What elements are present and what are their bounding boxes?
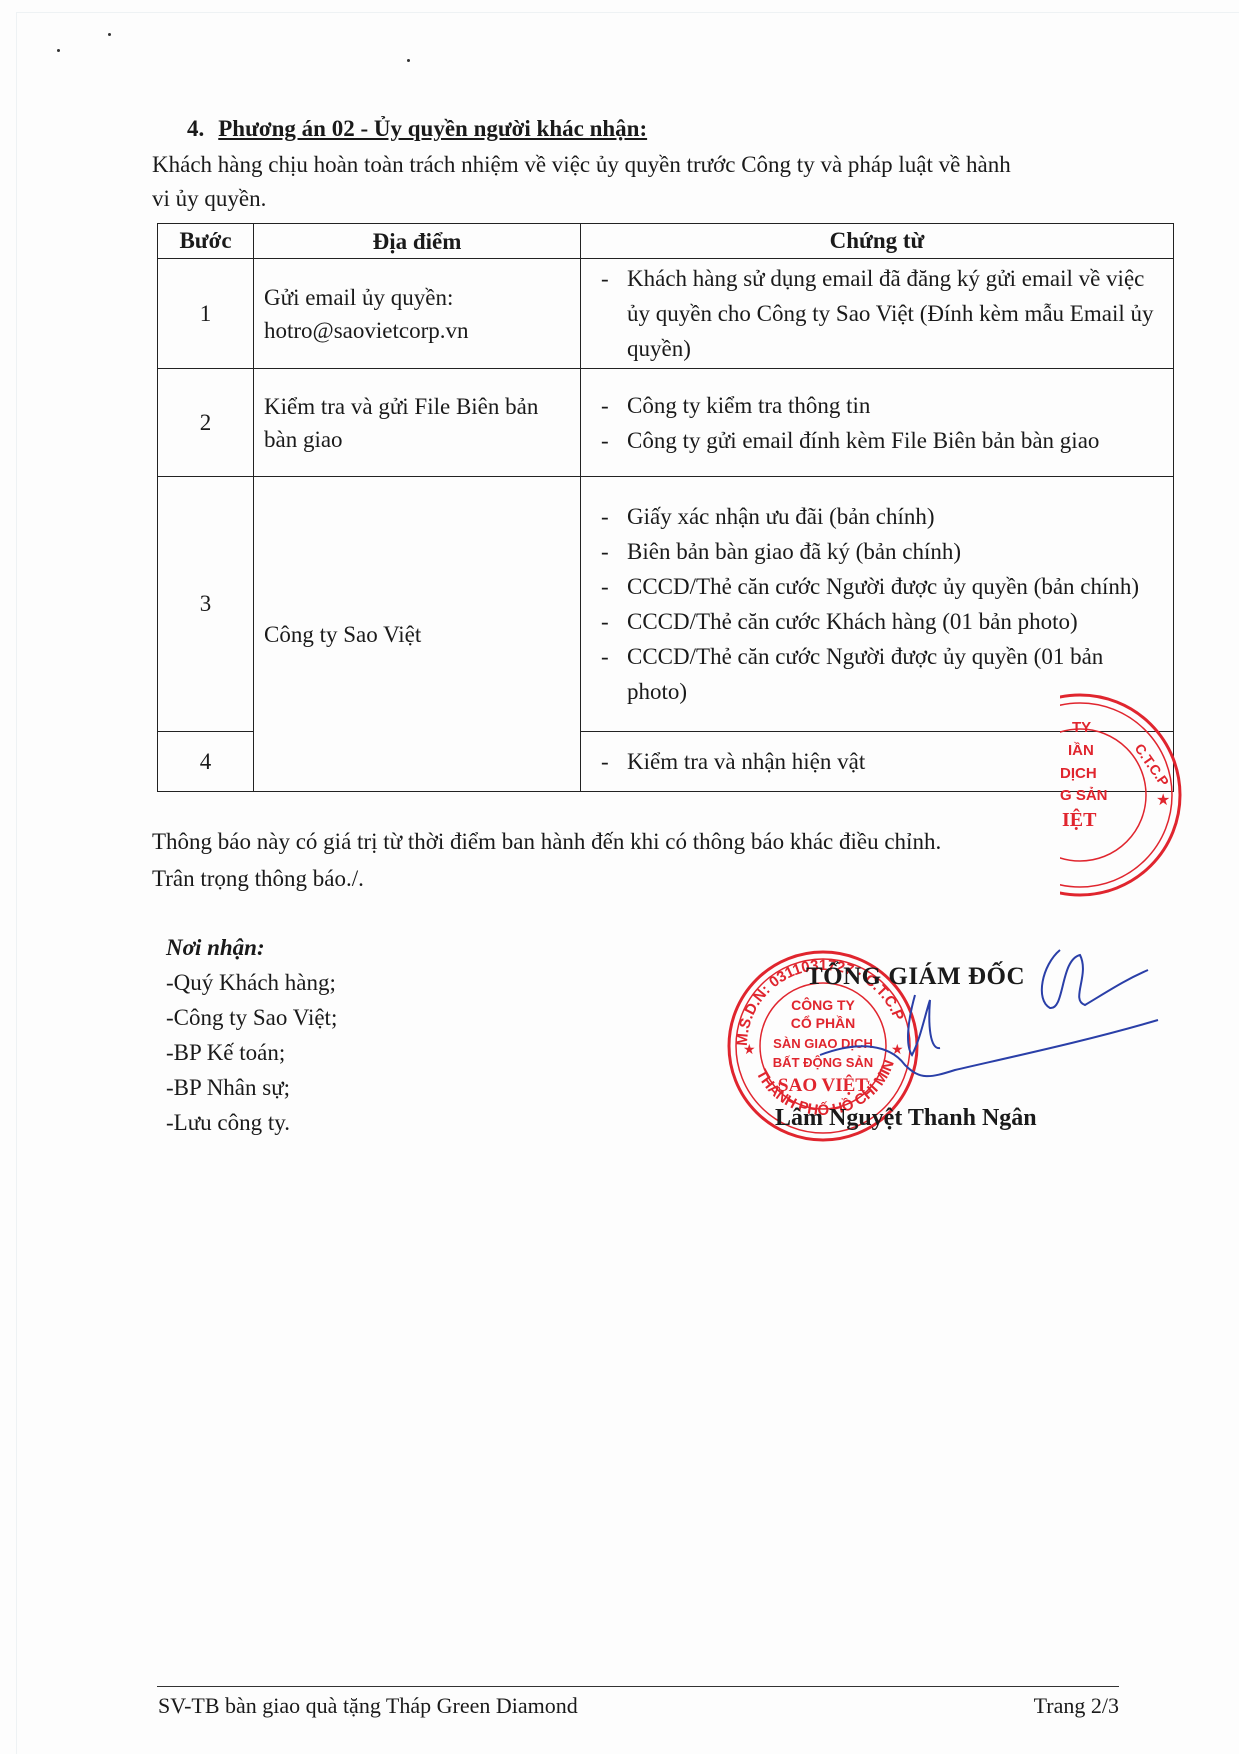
- document-item: Giấy xác nhận ưu đãi (bản chính): [595, 499, 1161, 534]
- svg-text:TY: TY: [1072, 719, 1091, 736]
- step-number: 2: [158, 369, 254, 477]
- table-row: 2 Kiểm tra và gửi File Biên bản bàn giao…: [158, 369, 1174, 477]
- footer-document-title: SV-TB bàn giao quà tặng Tháp Green Diamo…: [158, 1693, 578, 1719]
- company-stamp-partial: TY IẦN DỊCH G SẢN IỆT ★ C.T.C.P: [1060, 690, 1200, 900]
- svg-text:G SẢN: G SẢN: [1060, 787, 1108, 804]
- svg-text:★: ★: [743, 1043, 756, 1058]
- step-location: Gửi email ủy quyền: hotro@saovietcorp.vn: [254, 259, 581, 369]
- recipient-item: -Quý Khách hàng;: [166, 965, 337, 1000]
- document-item: Công ty kiểm tra thông tin: [595, 388, 1161, 423]
- svg-text:DỊCH: DỊCH: [1060, 765, 1097, 782]
- regards-text: Trân trọng thông báo./.: [152, 860, 941, 897]
- recipients-label: Nơi nhận:: [166, 930, 337, 965]
- document-item: CCCD/Thẻ căn cước Khách hàng (01 bản pho…: [595, 604, 1161, 639]
- section-number: 4.: [187, 116, 204, 141]
- page-number: Trang 2/3: [1034, 1693, 1119, 1719]
- document-item: CCCD/Thẻ căn cước Người được ủy quyền (b…: [595, 569, 1161, 604]
- document-item: Công ty gửi email đính kèm File Biên bản…: [595, 423, 1161, 458]
- table-header-row: Bước Địa điểm Chứng từ: [158, 224, 1174, 259]
- closing-text: Thông báo này có giá trị từ thời điểm ba…: [152, 823, 941, 897]
- recipient-item: -BP Nhân sự;: [166, 1070, 337, 1105]
- svg-text:IỆT: IỆT: [1062, 808, 1097, 831]
- scan-artifact: [57, 49, 60, 52]
- header-location: Địa điểm: [254, 224, 581, 259]
- document-item: Khách hàng sử dụng email đã đăng ký gửi …: [595, 261, 1161, 366]
- signatory-name: Lâm Nguyệt Thanh Ngân: [775, 1105, 1037, 1132]
- step-documents: Công ty kiểm tra thông tin Công ty gửi e…: [581, 369, 1174, 477]
- section-intro: Khách hàng chịu hoàn toàn trách nhiệm về…: [152, 148, 1032, 216]
- header-step: Bước: [158, 224, 254, 259]
- section-heading: 4.Phương án 02 - Ủy quyền người khác nhậ…: [187, 116, 647, 142]
- recipient-item: -Công ty Sao Việt;: [166, 1000, 337, 1035]
- scan-artifact: [108, 33, 111, 36]
- svg-text:★: ★: [1156, 792, 1170, 809]
- table-row: 3 Công ty Sao Việt Giấy xác nhận ưu đãi …: [158, 477, 1174, 732]
- section-title: Phương án 02 - Ủy quyền người khác nhận:: [218, 116, 647, 141]
- validity-note: Thông báo này có giá trị từ thời điểm ba…: [152, 823, 941, 860]
- recipients-block: Nơi nhận: -Quý Khách hàng; -Công ty Sao …: [166, 930, 337, 1140]
- step-number: 4: [158, 732, 254, 792]
- svg-text:IẦN: IẦN: [1068, 742, 1094, 759]
- table-row: 1 Gửi email ủy quyền: hotro@saovietcorp.…: [158, 259, 1174, 369]
- recipient-item: -Lưu công ty.: [166, 1105, 337, 1140]
- document-item: Biên bản bàn giao đã ký (bản chính): [595, 534, 1161, 569]
- step-location: Công ty Sao Việt: [254, 477, 581, 792]
- recipient-item: -BP Kế toán;: [166, 1035, 337, 1070]
- step-location: Kiểm tra và gửi File Biên bản bàn giao: [254, 369, 581, 477]
- steps-table: Bước Địa điểm Chứng từ 1 Gửi email ủy qu…: [157, 223, 1174, 792]
- header-documents: Chứng từ: [581, 224, 1174, 259]
- step-number: 1: [158, 259, 254, 369]
- step-number: 3: [158, 477, 254, 732]
- scan-artifact: [407, 59, 410, 62]
- signature-ink: [780, 930, 1160, 1100]
- step-documents: Khách hàng sử dụng email đã đăng ký gửi …: [581, 259, 1174, 369]
- footer-divider: [157, 1686, 1119, 1687]
